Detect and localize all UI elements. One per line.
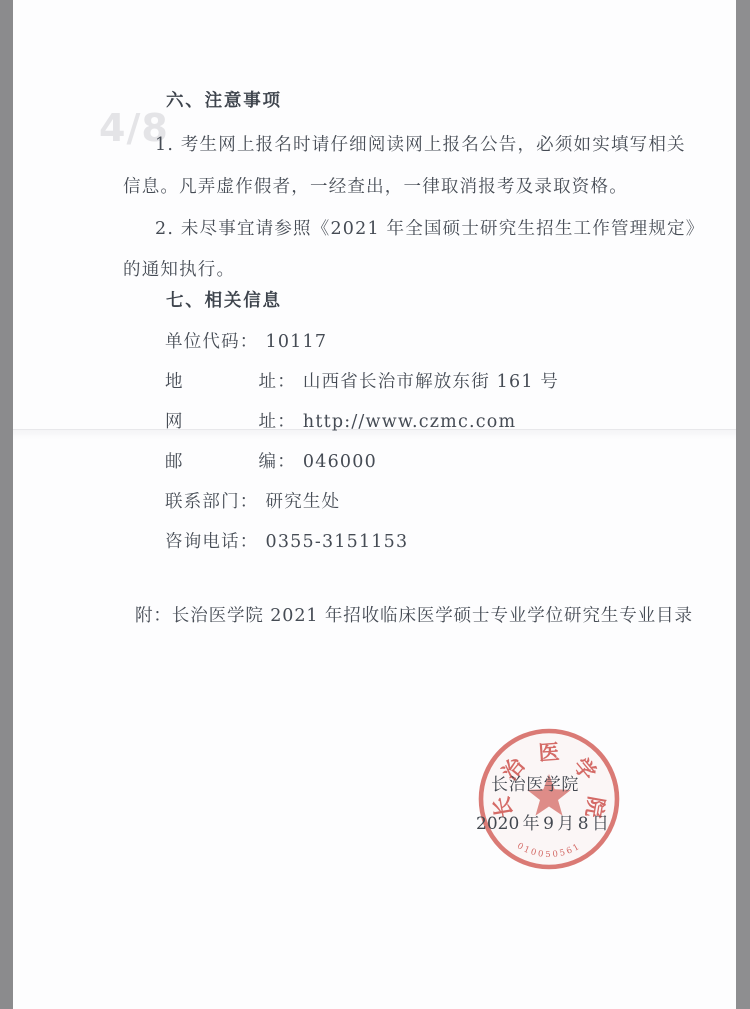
info-value: http://www.czmc.com xyxy=(303,412,516,432)
info-value: 046000 xyxy=(303,452,377,472)
scanned-page: 4/8 六、注意事项 1. 考生网上报名时请仔细阅读网上报名公告，必须如实填写相… xyxy=(13,0,736,1009)
info-row-postal-code: 邮 编：046000 xyxy=(165,452,377,474)
info-row-contact-dept: 联系部门：研究生处 xyxy=(165,492,340,514)
info-label: 联系部门： xyxy=(165,492,259,512)
notes-para2-line1: 2. 未尽事宜请参照《2021 年全国硕士研究生招生工作管理规定》 xyxy=(155,219,704,241)
viewer-right-edge xyxy=(736,0,750,1009)
section-info-title: 七、相关信息 xyxy=(166,291,282,313)
signature-date: 2020 年 9 月 8 日 xyxy=(476,809,609,834)
info-value: 山西省长治市解放东街 161 号 xyxy=(303,372,559,392)
notes-para2-line2: 的通知执行。 xyxy=(123,260,235,282)
seal-char: 医 xyxy=(538,739,561,765)
viewer-left-edge xyxy=(0,0,13,1009)
signature-org: 长治医学院 xyxy=(491,770,579,795)
info-label: 单位代码： xyxy=(165,332,259,352)
info-row-unit-code: 单位代码：10117 xyxy=(165,332,327,354)
info-value: 10117 xyxy=(266,332,328,352)
notes-para1-line1: 1. 考生网上报名时请仔细阅读网上报名公告，必须如实填写相关 xyxy=(155,135,686,157)
attachment-line: 附：长治医学院 2021 年招收临床医学硕士专业学位研究生专业目录 xyxy=(135,606,693,628)
info-label: 咨询电话： xyxy=(165,532,259,552)
info-row-phone: 咨询电话：0355-3151153 xyxy=(165,532,408,554)
info-value: 研究生处 xyxy=(266,492,341,512)
info-label: 网 址： xyxy=(165,412,296,432)
section-notes-title: 六、注意事项 xyxy=(166,91,282,113)
info-row-address: 地 址：山西省长治市解放东街 161 号 xyxy=(165,372,559,394)
official-seal-stamp: 长 治 医 学 院 1401005056152 xyxy=(463,713,635,885)
info-label: 地 址： xyxy=(165,372,296,392)
info-row-website: 网 址：http://www.czmc.com xyxy=(165,412,516,434)
info-label: 邮 编： xyxy=(165,452,296,472)
document-viewer: 4/8 六、注意事项 1. 考生网上报名时请仔细阅读网上报名公告，必须如实填写相… xyxy=(0,0,750,1009)
info-value: 0355-3151153 xyxy=(266,532,409,552)
notes-para1-line2: 信息。凡弄虚作假者，一经查出，一律取消报考及录取资格。 xyxy=(123,177,628,199)
